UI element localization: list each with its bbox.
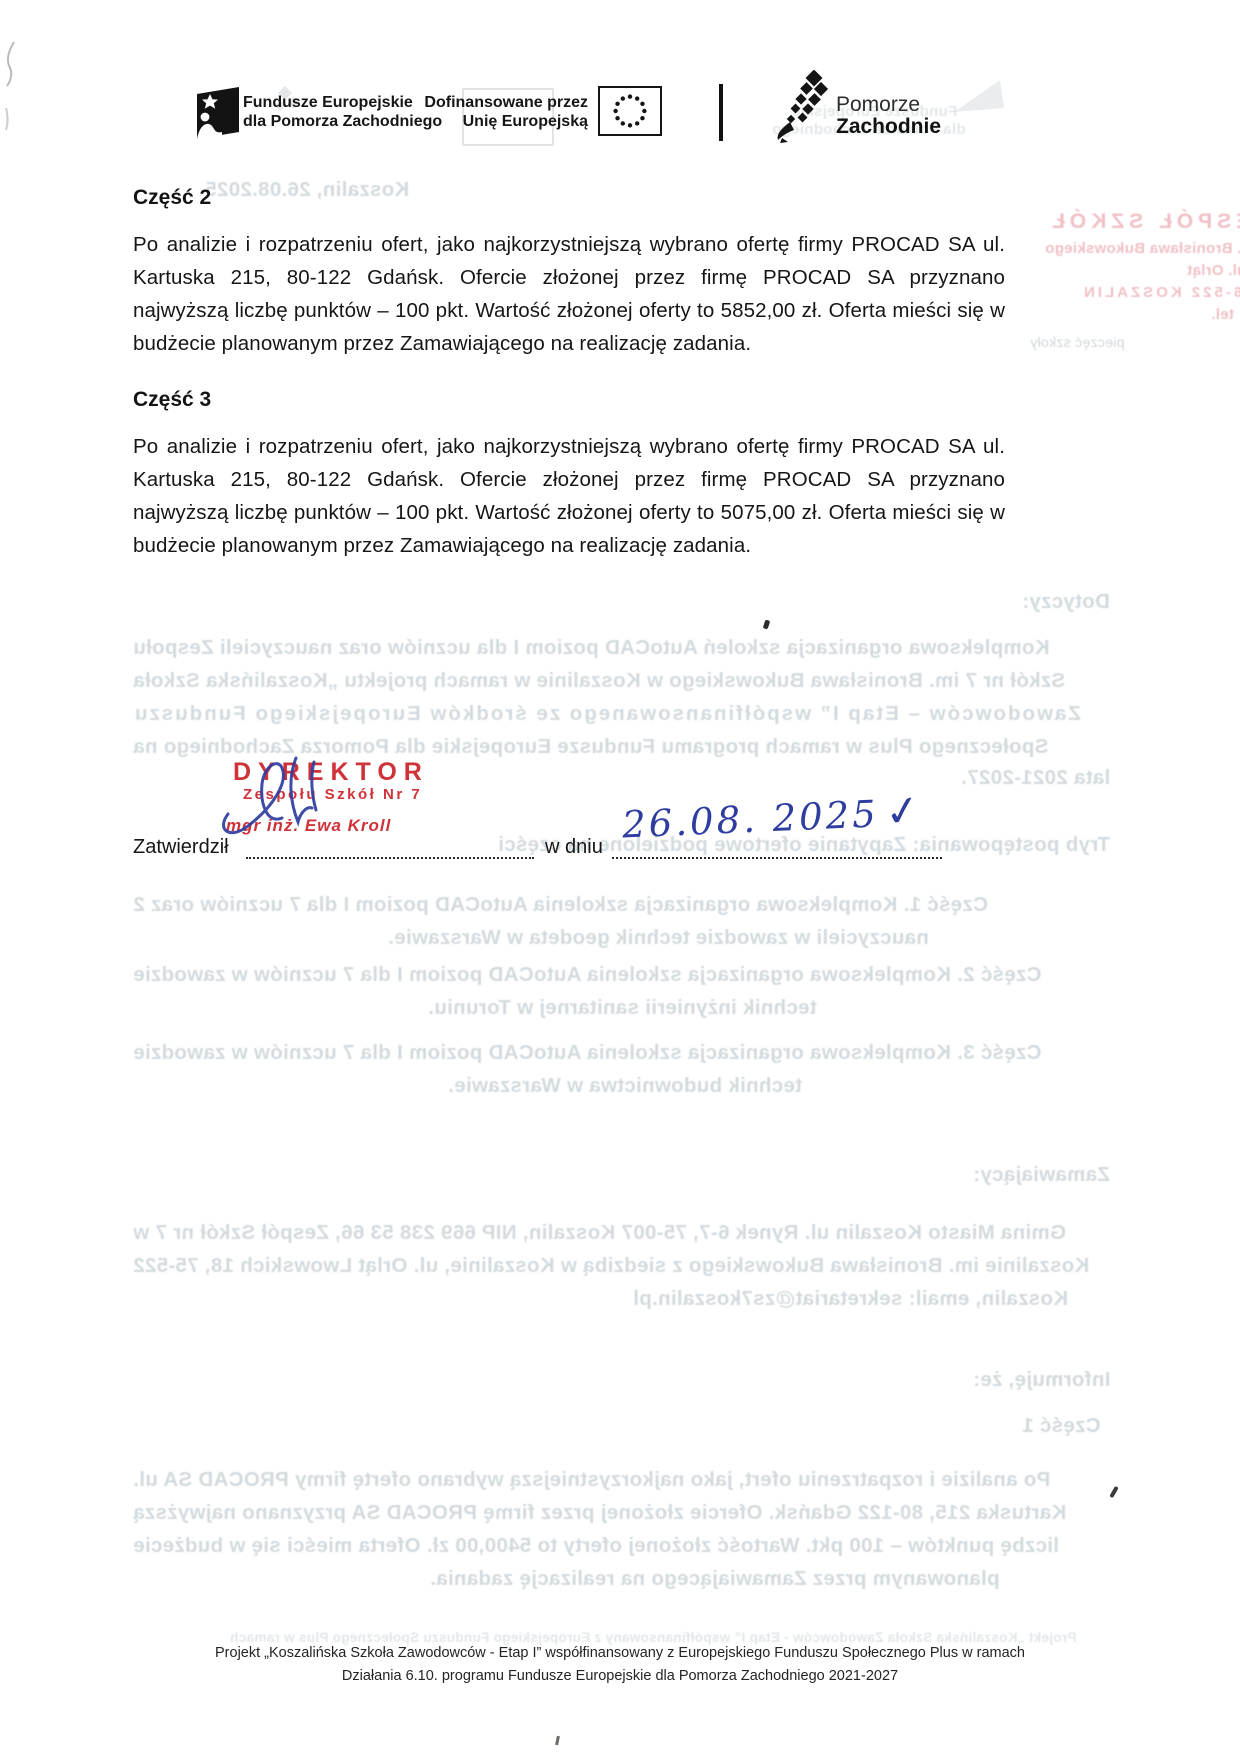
logo-label-line2: dla Pomorza Zachodniego (243, 112, 442, 131)
ghost-gmina-line2: Koszalinie im. Bronisława Bukowskiego z … (133, 1254, 1089, 1278)
ghost-par2-line2: Kartuska 215, 80-122 Gdańsk. Ofercie zło… (133, 1501, 1066, 1525)
ghost-par1-line2: Szkół nr 7 im. Bronisława Bukowskiego w … (133, 669, 1065, 693)
ghost-gmina-line3: Koszalin, email: sekretariat@zs7koszalin… (633, 1287, 1068, 1311)
ghost-par2-line1: Po analizie i rozpatrzeniu ofert, jako n… (133, 1468, 1050, 1492)
ghost-czesc3-line1: Część 3. Kompleksowa organizacja szkolen… (133, 1041, 1041, 1065)
ghost-pieczec-szkoly: pieczęć szkoły (1030, 334, 1124, 350)
header-divider (719, 84, 723, 141)
date-label: w dniu (545, 836, 603, 859)
eu-flag (598, 86, 662, 136)
signature-scribble (218, 752, 348, 844)
ghost-czesc1-line2: nauczycieli w zawodzie technik geodeta w… (388, 926, 929, 950)
ghost-gmina-line1: Gmina Miasto Koszalin ul. Rynek 6-7, 75-… (133, 1221, 1066, 1245)
region-line1: Pomorze (836, 94, 941, 115)
scan-tick-bottom (555, 1736, 560, 1745)
ghost-czesc1-line1: Część 1. Kompleksowa organizacja szkolen… (133, 893, 988, 917)
ghost-czesc1-heading: Część 1 (1022, 1414, 1100, 1438)
logo-label-line1: Fundusze Europejskie (243, 93, 442, 112)
ghost-par2-line4: planowanym przez Zamawiającego na realiz… (430, 1567, 1000, 1591)
section-body-czesc3: Po analizie i rozpatrzeniu ofert, jako n… (133, 430, 1005, 562)
eu-funding-line1: Dofinansowane przez (420, 93, 588, 112)
scan-speck (763, 619, 771, 629)
footer-line1: Projekt „Koszalińska Szkoła Zawodowców -… (0, 1642, 1240, 1665)
ghost-par1-line5: lata 2021-2027. (961, 766, 1110, 790)
ghost-par2-line3: liczbę punktów – 100 pkt. Wartość złożon… (133, 1534, 1059, 1558)
scan-smudge-top-left (0, 38, 30, 138)
ghost-czesc2-line2: technik inżynierii sanitarnej w Toruniu. (428, 996, 817, 1020)
ghost-czesc3-line2: technik budownictwa w Warszawie. (448, 1074, 802, 1098)
eu-funding-label: Dofinansowane przez Unię Europejską (420, 93, 588, 131)
ghost-czesc2-line1: Część 2. Kompleksowa organizacja szkolen… (133, 963, 1041, 987)
ghost-informuje: Informuję, że: (973, 1368, 1110, 1392)
section-heading-czesc3: Część 3 (133, 388, 211, 412)
check-mark: ✓ (881, 784, 926, 838)
approval-signature-line (246, 840, 534, 859)
ghost-school-stamp-line3: ul. Orląt (1187, 262, 1240, 279)
ghost-corner-fragment (950, 78, 1006, 118)
ghost-zamawiajacy: Zamawiający: (973, 1163, 1110, 1187)
eu-flag-stars (600, 88, 660, 134)
section-heading-czesc2: Część 2 (133, 186, 211, 210)
pomorze-zachodnie-label: Pomorze Zachodnie (836, 94, 941, 138)
ghost-par1-line3: Zawodowców – Etap I” współfinansowanego … (133, 702, 1081, 726)
footer-line2: Działania 6.10. programu Fundusze Europe… (0, 1665, 1240, 1688)
region-line2: Zachodnie (836, 115, 941, 138)
ghost-school-stamp-line5: tel. (1211, 306, 1234, 323)
scanned-document-page: Fundusze Europejskie dla Pomorza Zachodn… (0, 0, 1240, 1753)
scan-tick-right (1109, 1486, 1118, 1498)
eu-funding-line2: Unię Europejską (420, 112, 588, 131)
approval-date-line (612, 840, 942, 859)
pomorze-zachodnie-griffin-logo (768, 70, 834, 144)
ghost-school-stamp-line1: ZESPÓŁ SZKÓŁ (1047, 210, 1240, 234)
ghost-dotyczy: Dotyczy: (1022, 590, 1110, 614)
fundusze-europejskie-logo (196, 86, 240, 140)
ghost-par1-line1: Kompleksowa organizacja szkoleń AutoCAD … (133, 636, 1050, 660)
ghost-school-stamp-line2: im. Bronisława Bukowskiego (1045, 240, 1240, 257)
approved-label: Zatwierdził (133, 836, 229, 859)
ghost-city-date: Koszalin, 26.08.2025 (205, 178, 409, 202)
section-body-czesc2: Po analizie i rozpatrzeniu ofert, jako n… (133, 228, 1005, 360)
ghost-school-stamp-line4: 76-522 KOSZALIN (1081, 284, 1240, 301)
fundusze-europejskie-label: Fundusze Europejskie dla Pomorza Zachodn… (243, 93, 442, 131)
